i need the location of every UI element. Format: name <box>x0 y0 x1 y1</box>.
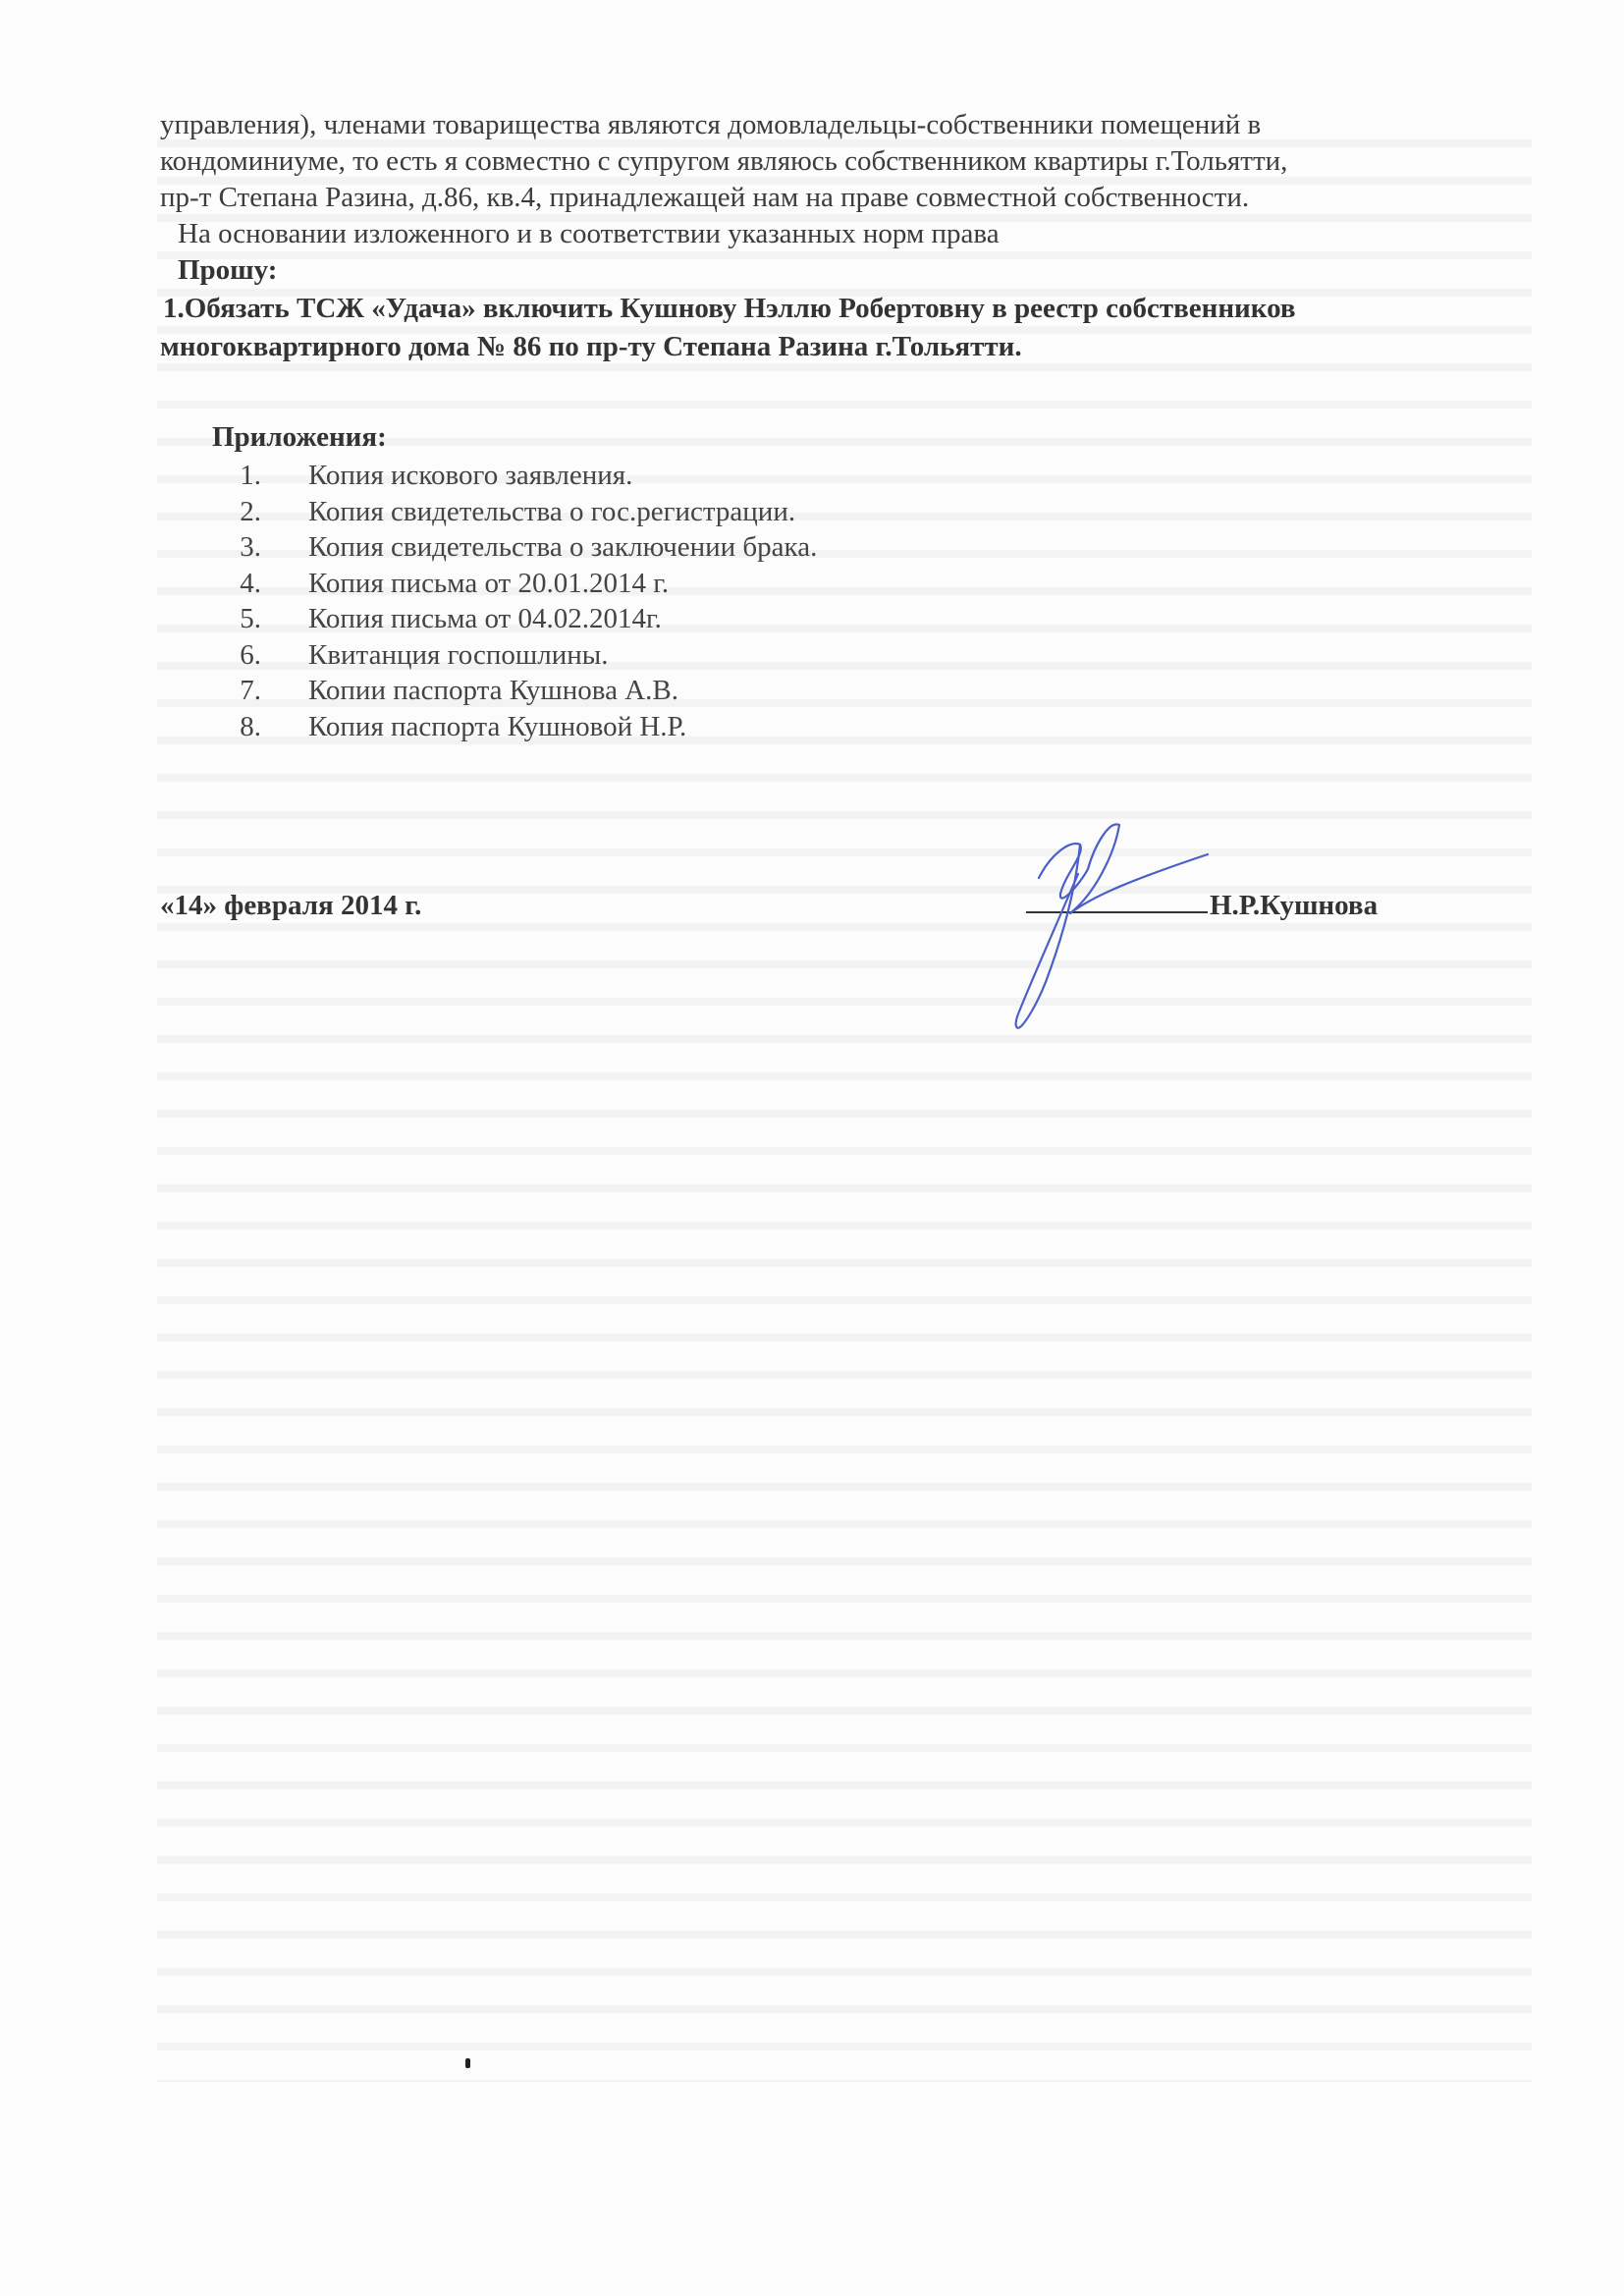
attachment-item: 3.Копия свидетельства о заключении брака… <box>216 529 817 566</box>
attachment-item: 6.Квитанция госпошлины. <box>216 637 817 674</box>
attachment-item: 4.Копия письма от 20.01.2014 г. <box>216 566 817 602</box>
document-date: «14» февраля 2014 г. <box>160 889 421 922</box>
scan-speck <box>465 2058 470 2068</box>
basis-line: На основании изложенного и в соответстви… <box>178 217 1000 250</box>
document-page: управления), членами товарищества являют… <box>0 0 1624 2296</box>
handwritten-signature-icon <box>972 815 1267 1041</box>
attachments-heading: Приложения: <box>212 420 387 454</box>
attachment-item: 7.Копии паспорта Кушнова А.В. <box>216 673 817 709</box>
request-item-line-2: многоквартирного дома № 86 по пр-ту Степ… <box>160 330 1022 363</box>
attachment-item: 5.Копия письма от 04.02.2014г. <box>216 601 817 637</box>
body-line-1: управления), членами товарищества являют… <box>160 108 1261 141</box>
attachment-item: 2.Копия свидетельства о гос.регистрации. <box>216 494 817 530</box>
attachments-list: 1.Копия искового заявления. 2.Копия свид… <box>216 458 817 744</box>
bleed-through-texture <box>157 118 1532 2082</box>
body-line-3: пр-т Степана Разина, д.86, кв.4, принадл… <box>160 181 1249 214</box>
attachment-item: 8.Копия паспорта Кушновой Н.Р. <box>216 709 817 745</box>
body-line-2: кондоминиуме, то есть я совместно с супр… <box>160 144 1287 178</box>
request-item-line-1: 1.Обязать ТСЖ «Удача» включить Кушнову Н… <box>163 292 1296 325</box>
attachment-item: 1.Копия искового заявления. <box>216 458 817 494</box>
request-heading: Прошу: <box>178 253 277 287</box>
